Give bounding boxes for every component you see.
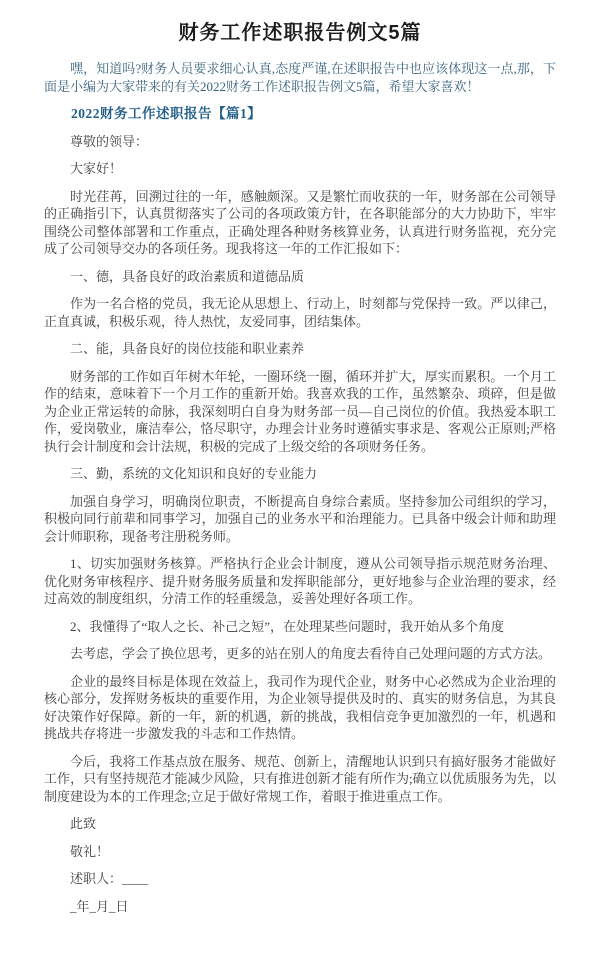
paragraph: 财务部的工作如百年树木年轮，一圈环绕一圈，循环并扩大，厚实而累积。一个月工作的结… (44, 368, 556, 456)
paragraph: 今后，我将工作基点放在服务、规范、创新上，清醒地认识到只有搞好服务才能做好工作，… (44, 753, 556, 806)
intro-paragraph: 嘿，知道吗?财务人员要求细心认真,态度严谨,在述职报告中也应该体现这一点,那，下… (44, 60, 556, 95)
paragraph: 加强自身学习，明确岗位职责，不断提高自身综合素质。坚持参加公司组织的学习，积极向… (44, 493, 556, 546)
paragraph: 大家好！ (44, 160, 556, 178)
paragraph: 去考虑，学会了换位思考，更多的站在别人的角度去看待自己处理问题的方式方法。 (44, 645, 556, 663)
paragraph: _年_月_日 (44, 898, 556, 916)
document-page: 财务工作述职报告例文5篇 嘿，知道吗?财务人员要求细心认真,态度严谨,在述职报告… (0, 0, 600, 961)
paragraph: 时光荏苒，回溯过往的一年，感触颇深。又是繁忙而收获的一年，财务部在公司领导的正确… (44, 188, 556, 258)
paragraph: 二、能，具备良好的岗位技能和职业素养 (44, 340, 556, 358)
paragraph: 作为一名合格的党员，我无论从思想上、行动上，时刻都与党保持一致。严以律己，正直真… (44, 295, 556, 330)
paragraph: 1、切实加强财务核算。严格执行企业会计制度，遵从公司领导指示规范财务治理、优化财… (44, 555, 556, 608)
paragraph: 尊敬的领导： (44, 133, 556, 151)
paragraph: 此致 (44, 815, 556, 833)
paragraph: 三、勤，系统的文化知识和良好的专业能力 (44, 465, 556, 483)
paragraph: 敬礼！ (44, 843, 556, 861)
paragraph: 一、德，具备良好的政治素质和道德品质 (44, 268, 556, 286)
paragraph: 2、我懂得了“取人之长、补己之短”，在处理某些问题时，我开始从多个角度 (44, 618, 556, 636)
paragraph: 述职人：____ (44, 870, 556, 888)
section-heading: 2022财务工作述职报告【篇1】 (44, 105, 556, 123)
document-body: 尊敬的领导：大家好！时光荏苒，回溯过往的一年，感触颇深。又是繁忙而收获的一年，财… (44, 133, 556, 916)
paragraph: 企业的最终目标是体现在效益上，我司作为现代企业，财务中心必然成为企业治理的核心部… (44, 673, 556, 743)
document-title: 财务工作述职报告例文5篇 (44, 20, 556, 46)
